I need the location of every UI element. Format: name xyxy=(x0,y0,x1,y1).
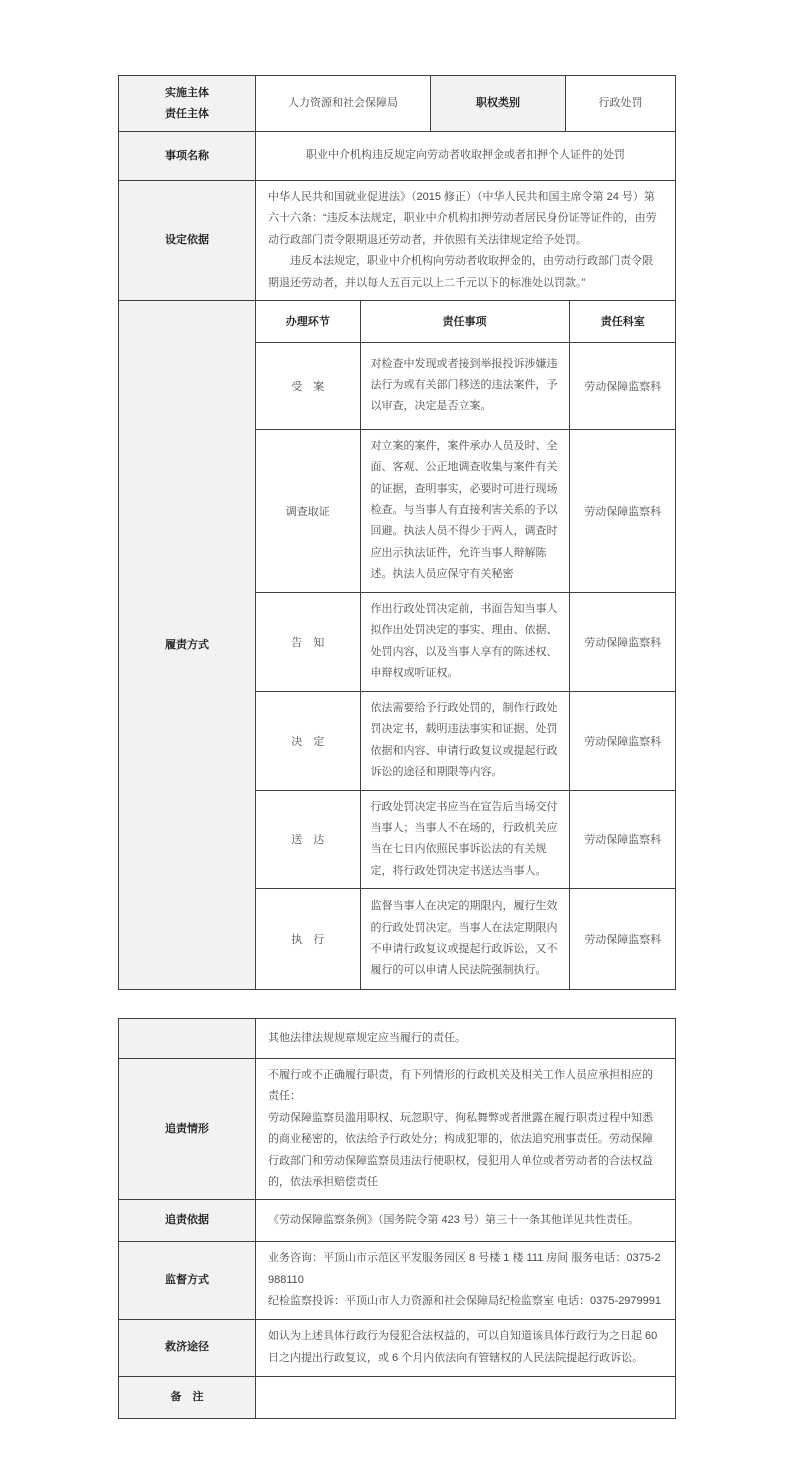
duty-dept: 劳动保障监察科 xyxy=(569,691,676,790)
other-duty-value-cell: 其他法律法规规章规定应当履行的责任。 xyxy=(256,1018,676,1058)
duty-matter: 行政处罚决定书应当在宣告后当场交付当事人；当事人不在场的，行政机关应当在七日内依… xyxy=(360,790,569,889)
supervision-line-2: 纪检监察投诉：平顶山市人力资源和社会保障局纪检监察室 电话：0375-29799… xyxy=(268,1291,663,1312)
table-row: 备 注 xyxy=(119,1376,676,1418)
liability-situations-label-cell: 追责情形 xyxy=(119,1058,256,1200)
table-row: 监督方式 业务咨询：平顶山市示范区平发服务园区 8 号楼 1 楼 111 房间 … xyxy=(119,1242,676,1319)
duty-row-decide: 决 定 依法需要给予行政处罚的，制作行政处罚决定书，载明违法事实和证据、处罚依据… xyxy=(256,691,676,790)
item-name-label-cell: 事项名称 xyxy=(119,132,256,181)
duty-method-label-cell: 履责方式 xyxy=(119,301,256,990)
duty-row-deliver: 送 达 行政处罚决定书应当在宣告后当场交付当事人；当事人不在场的，行政机关应当在… xyxy=(256,790,676,889)
duty-dept: 劳动保障监察科 xyxy=(569,790,676,889)
duty-row-investigate: 调查取证 对立案的案件，案件承办人员及时、全面、客观、公正地调查收集与案件有关的… xyxy=(256,429,676,592)
duty-row-notify: 告 知 作出行政处罚决定前，书面告知当事人拟作出处罚决定的事实、理由、依据、处罚… xyxy=(256,592,676,691)
subject-label-line1: 实施主体 xyxy=(120,83,254,104)
subject-label-line2: 责任主体 xyxy=(120,104,254,125)
supervision-method-label-cell: 监督方式 xyxy=(119,1242,256,1319)
remark-value-cell xyxy=(256,1376,676,1418)
legal-basis-paragraph-2: 违反本法规定，职业中介机构向劳动者收取押金的，由劳动行政部门责令限期退还劳动者，… xyxy=(268,251,663,294)
legal-basis-value-cell: 中华人民共和国就业促进法》（2015 修正）（中华人民共和国主席令第 24 号）… xyxy=(256,181,676,301)
supervision-line-1: 业务咨询：平顶山市示范区平发服务园区 8 号楼 1 楼 111 房间 服务电话：… xyxy=(268,1248,663,1291)
duty-row-execute: 执 行 监督当事人在决定的期限内，履行生效的行政处罚决定。当事人在法定期限内不申… xyxy=(256,889,676,989)
duty-step: 送 达 xyxy=(256,790,360,889)
liability-situations-value-cell: 不履行或不正确履行职责，有下列情形的行政机关及相关工作人员应承担相应的责任： 劳… xyxy=(256,1058,676,1200)
table-spacer xyxy=(118,990,675,1018)
duty-matter: 依法需要给予行政处罚的，制作行政处罚决定书，载明违法事实和证据、处罚依据和内容、… xyxy=(360,691,569,790)
power-responsibility-table: 实施主体 责任主体 人力资源和社会保障局 职权类别 行政处罚 事项名称 职业中介… xyxy=(118,75,676,990)
remedy-channel-value-cell: 如认为上述具体行政行为侵犯合法权益的，可以自知道该具体行政行为之日起 60 日之… xyxy=(256,1319,676,1376)
duty-matter: 作出行政处罚决定前，书面告知当事人拟作出处罚决定的事实、理由、依据、处罚内容，以… xyxy=(360,592,569,691)
duty-dept: 劳动保障监察科 xyxy=(569,592,676,691)
other-duty-label-cell xyxy=(119,1018,256,1058)
liability-basis-value-cell: 《劳动保障监察条例》（国务院令第 423 号）第三十一条其他详见共性责任。 xyxy=(256,1200,676,1242)
table-row: 救济途径 如认为上述具体行政行为侵犯合法权益的，可以自知道该具体行政行为之日起 … xyxy=(119,1319,676,1376)
duty-method-value-cell: 办理环节 责任事项 责任科室 受 案 对检查中发现或者接到举报投诉涉嫌违法行为或… xyxy=(256,301,676,990)
supervision-method-value-cell: 业务咨询：平顶山市示范区平发服务园区 8 号楼 1 楼 111 房间 服务电话：… xyxy=(256,1242,676,1319)
column-header-dept: 责任科室 xyxy=(569,301,676,342)
item-name-value-cell: 职业中介机构违反规定向劳动者收取押金或者扣押个人证件的处罚 xyxy=(256,132,676,181)
duty-matter: 对立案的案件，案件承办人员及时、全面、客观、公正地调查收集与案件有关的证据，查明… xyxy=(360,429,569,592)
duty-dept: 劳动保障监察科 xyxy=(569,429,676,592)
duty-steps-table: 办理环节 责任事项 责任科室 受 案 对检查中发现或者接到举报投诉涉嫌违法行为或… xyxy=(256,301,676,989)
duty-step: 执 行 xyxy=(256,889,360,989)
column-header-matter: 责任事项 xyxy=(360,301,569,342)
table-row: 事项名称 职业中介机构违反规定向劳动者收取押金或者扣押个人证件的处罚 xyxy=(119,132,676,181)
duty-dept: 劳动保障监察科 xyxy=(569,889,676,989)
subject-value-cell: 人力资源和社会保障局 xyxy=(256,76,431,132)
column-header-step: 办理环节 xyxy=(256,301,360,342)
duty-step: 调查取证 xyxy=(256,429,360,592)
authority-type-label-cell: 职权类别 xyxy=(431,76,566,132)
duty-header-row: 办理环节 责任事项 责任科室 xyxy=(256,301,676,342)
table-row: 追责情形 不履行或不正确履行职责，有下列情形的行政机关及相关工作人员应承担相应的… xyxy=(119,1058,676,1200)
duty-dept: 劳动保障监察科 xyxy=(569,342,676,429)
liability-basis-label-cell: 追责依据 xyxy=(119,1200,256,1242)
authority-type-value-cell: 行政处罚 xyxy=(566,76,676,132)
table-row: 追责依据 《劳动保障监察条例》（国务院令第 423 号）第三十一条其他详见共性责… xyxy=(119,1200,676,1242)
table-row: 履责方式 办理环节 责任事项 责任科室 xyxy=(119,301,676,990)
remark-label-cell: 备 注 xyxy=(119,1376,256,1418)
duty-matter: 监督当事人在决定的期限内，履行生效的行政处罚决定。当事人在法定期限内不申请行政复… xyxy=(360,889,569,989)
legal-basis-paragraph-1: 中华人民共和国就业促进法》（2015 修正）（中华人民共和国主席令第 24 号）… xyxy=(268,187,663,251)
accountability-table: 其他法律法规规章规定应当履行的责任。 追责情形 不履行或不正确履行职责，有下列情… xyxy=(118,1018,676,1419)
remedy-channel-label-cell: 救济途径 xyxy=(119,1319,256,1376)
duty-row-accept: 受 案 对检查中发现或者接到举报投诉涉嫌违法行为或有关部门移送的违法案件，予以审… xyxy=(256,342,676,429)
liability-paragraph-1: 不履行或不正确履行职责，有下列情形的行政机关及相关工作人员应承担相应的责任： xyxy=(268,1065,663,1108)
legal-basis-label-cell: 设定依据 xyxy=(119,181,256,301)
document-page: 实施主体 责任主体 人力资源和社会保障局 职权类别 行政处罚 事项名称 职业中介… xyxy=(118,0,675,1479)
duty-step: 受 案 xyxy=(256,342,360,429)
table-row: 实施主体 责任主体 人力资源和社会保障局 职权类别 行政处罚 xyxy=(119,76,676,132)
duty-matter: 对检查中发现或者接到举报投诉涉嫌违法行为或有关部门移送的违法案件，予以审查，决定… xyxy=(360,342,569,429)
table-row: 其他法律法规规章规定应当履行的责任。 xyxy=(119,1018,676,1058)
table-row: 设定依据 中华人民共和国就业促进法》（2015 修正）（中华人民共和国主席令第 … xyxy=(119,181,676,301)
duty-step: 决 定 xyxy=(256,691,360,790)
duty-step: 告 知 xyxy=(256,592,360,691)
liability-paragraph-2: 劳动保障监察员滥用职权、玩忽职守、徇私舞弊或者泄露在履行职责过程中知悉的商业秘密… xyxy=(268,1108,663,1194)
subject-label-cell: 实施主体 责任主体 xyxy=(119,76,256,132)
